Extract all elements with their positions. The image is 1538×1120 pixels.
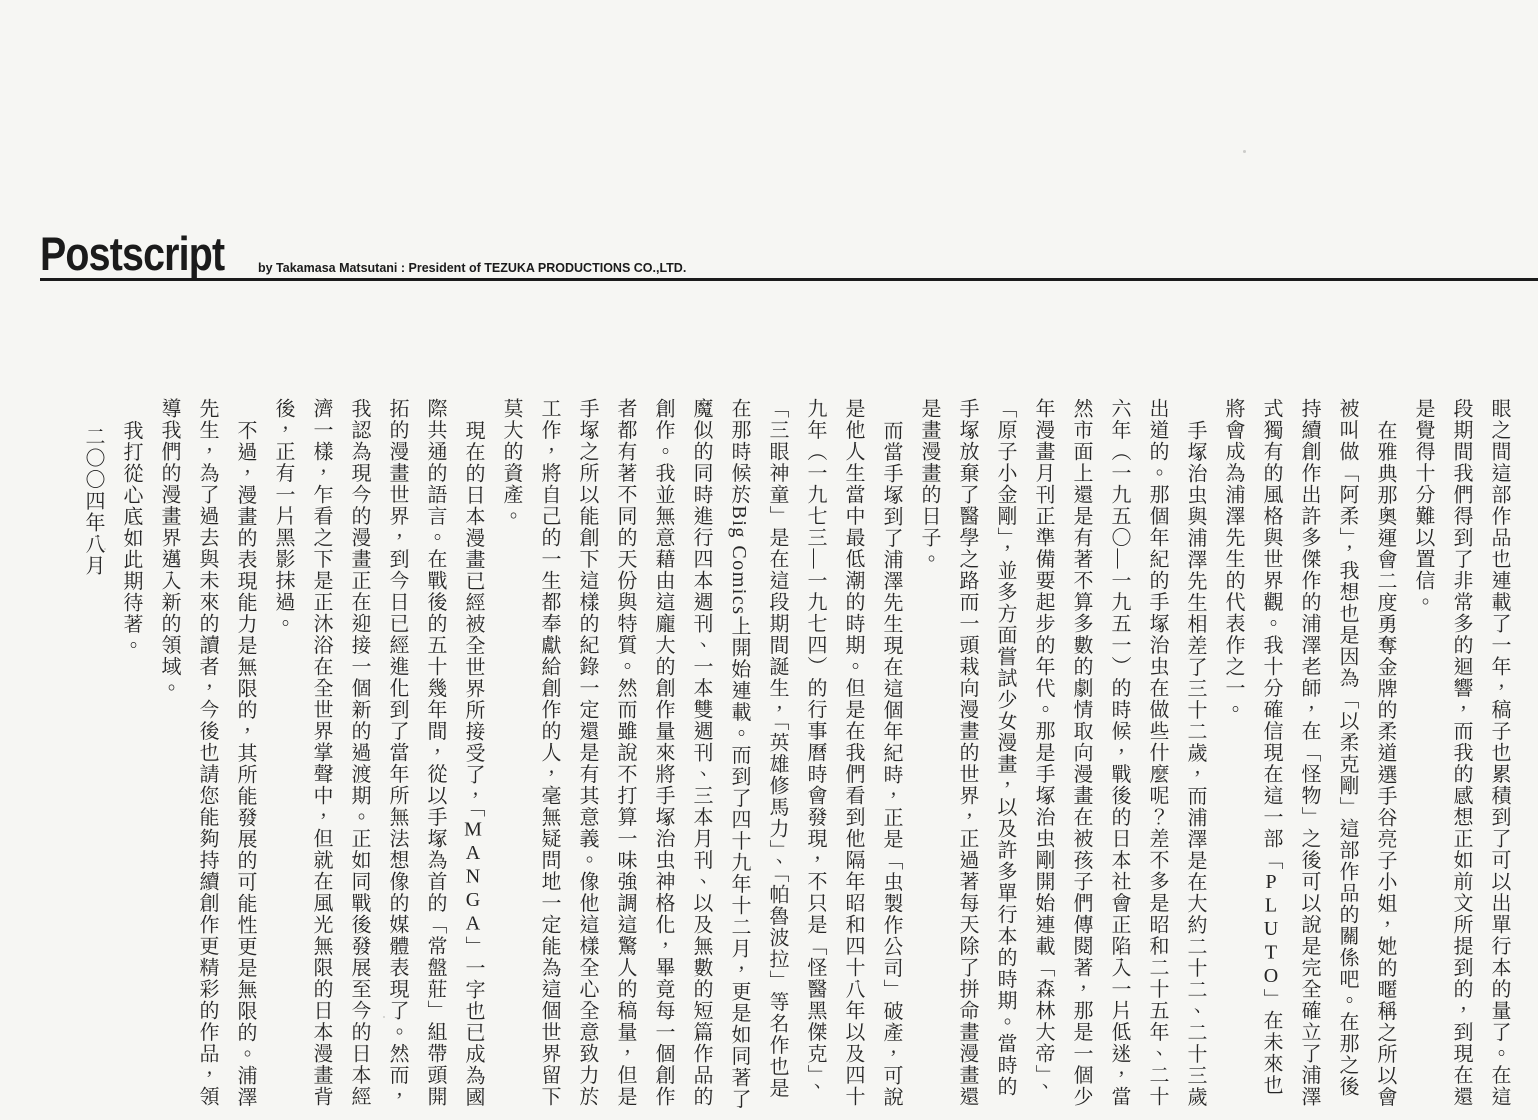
paragraph: 我打從心底如此期待著。 [112,398,150,1110]
paragraph: 現在的日本漫畫已經被全世界所接受了，「MANGA」一字也已成為國際共通的語言。在… [264,398,492,1110]
postscript-body: 眼之間這部作品也連載了一年，稿子也累積到了可以出單行本的量了。在這段期間我們得到… [74,398,1518,1110]
byline: by Takamasa Matsutani : President of TEZ… [258,261,686,275]
paragraph: 眼之間這部作品也連載了一年，稿子也累積到了可以出單行本的量了。在這段期間我們得到… [1404,398,1518,1110]
scan-speck [104,548,106,550]
scan-speck [1243,150,1246,153]
paragraph: 不過，漫畫的表現能力是無限的，其所能發展的可能性更是無限的。浦澤先生，為了過去與… [150,398,264,1110]
body-text: 」一字也已成為國際共通的語言。在戰後的五十幾年間，從以手塚為首的「常盤莊」組帶頭… [272,398,484,1108]
body-text: 而當手塚到了浦澤先生現在這個年紀時，正是「虫製作公司」破產，可說是他人生當中最低… [500,398,902,1110]
latin-upright-text: MANGA [462,819,484,937]
body-text: 二〇〇四年八月 [82,426,104,577]
paragraph: 在雅典那奧運會二度勇奪金牌的柔道選手谷亮子小姐，她的暱稱之所以會被叫做「阿柔」，… [1214,398,1404,1110]
paragraph: 手塚治虫與浦澤先生相差了三十二歲，而浦澤是在大約二十二、二十三歲出道的。那個年紀… [910,398,1214,1110]
body-text: 不過，漫畫的表現能力是無限的，其所能發展的可能性更是無限的。浦澤先生，為了過去與… [158,398,256,1108]
date-line: 二〇〇四年八月 [74,398,112,1110]
body-text: 我打從心底如此期待著。 [120,420,142,657]
body-text: 眼之間這部作品也連載了一年，稿子也累積到了可以出單行本的量了。在這段期間我們得到… [1412,398,1510,1108]
page-title: Postscript [40,232,224,279]
body-text: 手塚治虫與浦澤先生相差了三十二歲，而浦澤是在大約二十二、二十三歲出道的。那個年紀… [918,398,1206,1108]
body-text: 現在的日本漫畫已經被全世界所接受了，「 [462,420,484,819]
paragraph: 而當手塚到了浦澤先生現在這個年紀時，正是「虫製作公司」破產，可說是他人生當中最低… [492,398,910,1110]
scan-speck [383,1016,385,1018]
header-rule [40,278,1538,281]
page-header: Postscript by Takamasa Matsutani : Presi… [40,238,1538,284]
postscript-page: Postscript by Takamasa Matsutani : Presi… [0,0,1538,1120]
latin-upright-text: PLUTO [1260,871,1282,989]
